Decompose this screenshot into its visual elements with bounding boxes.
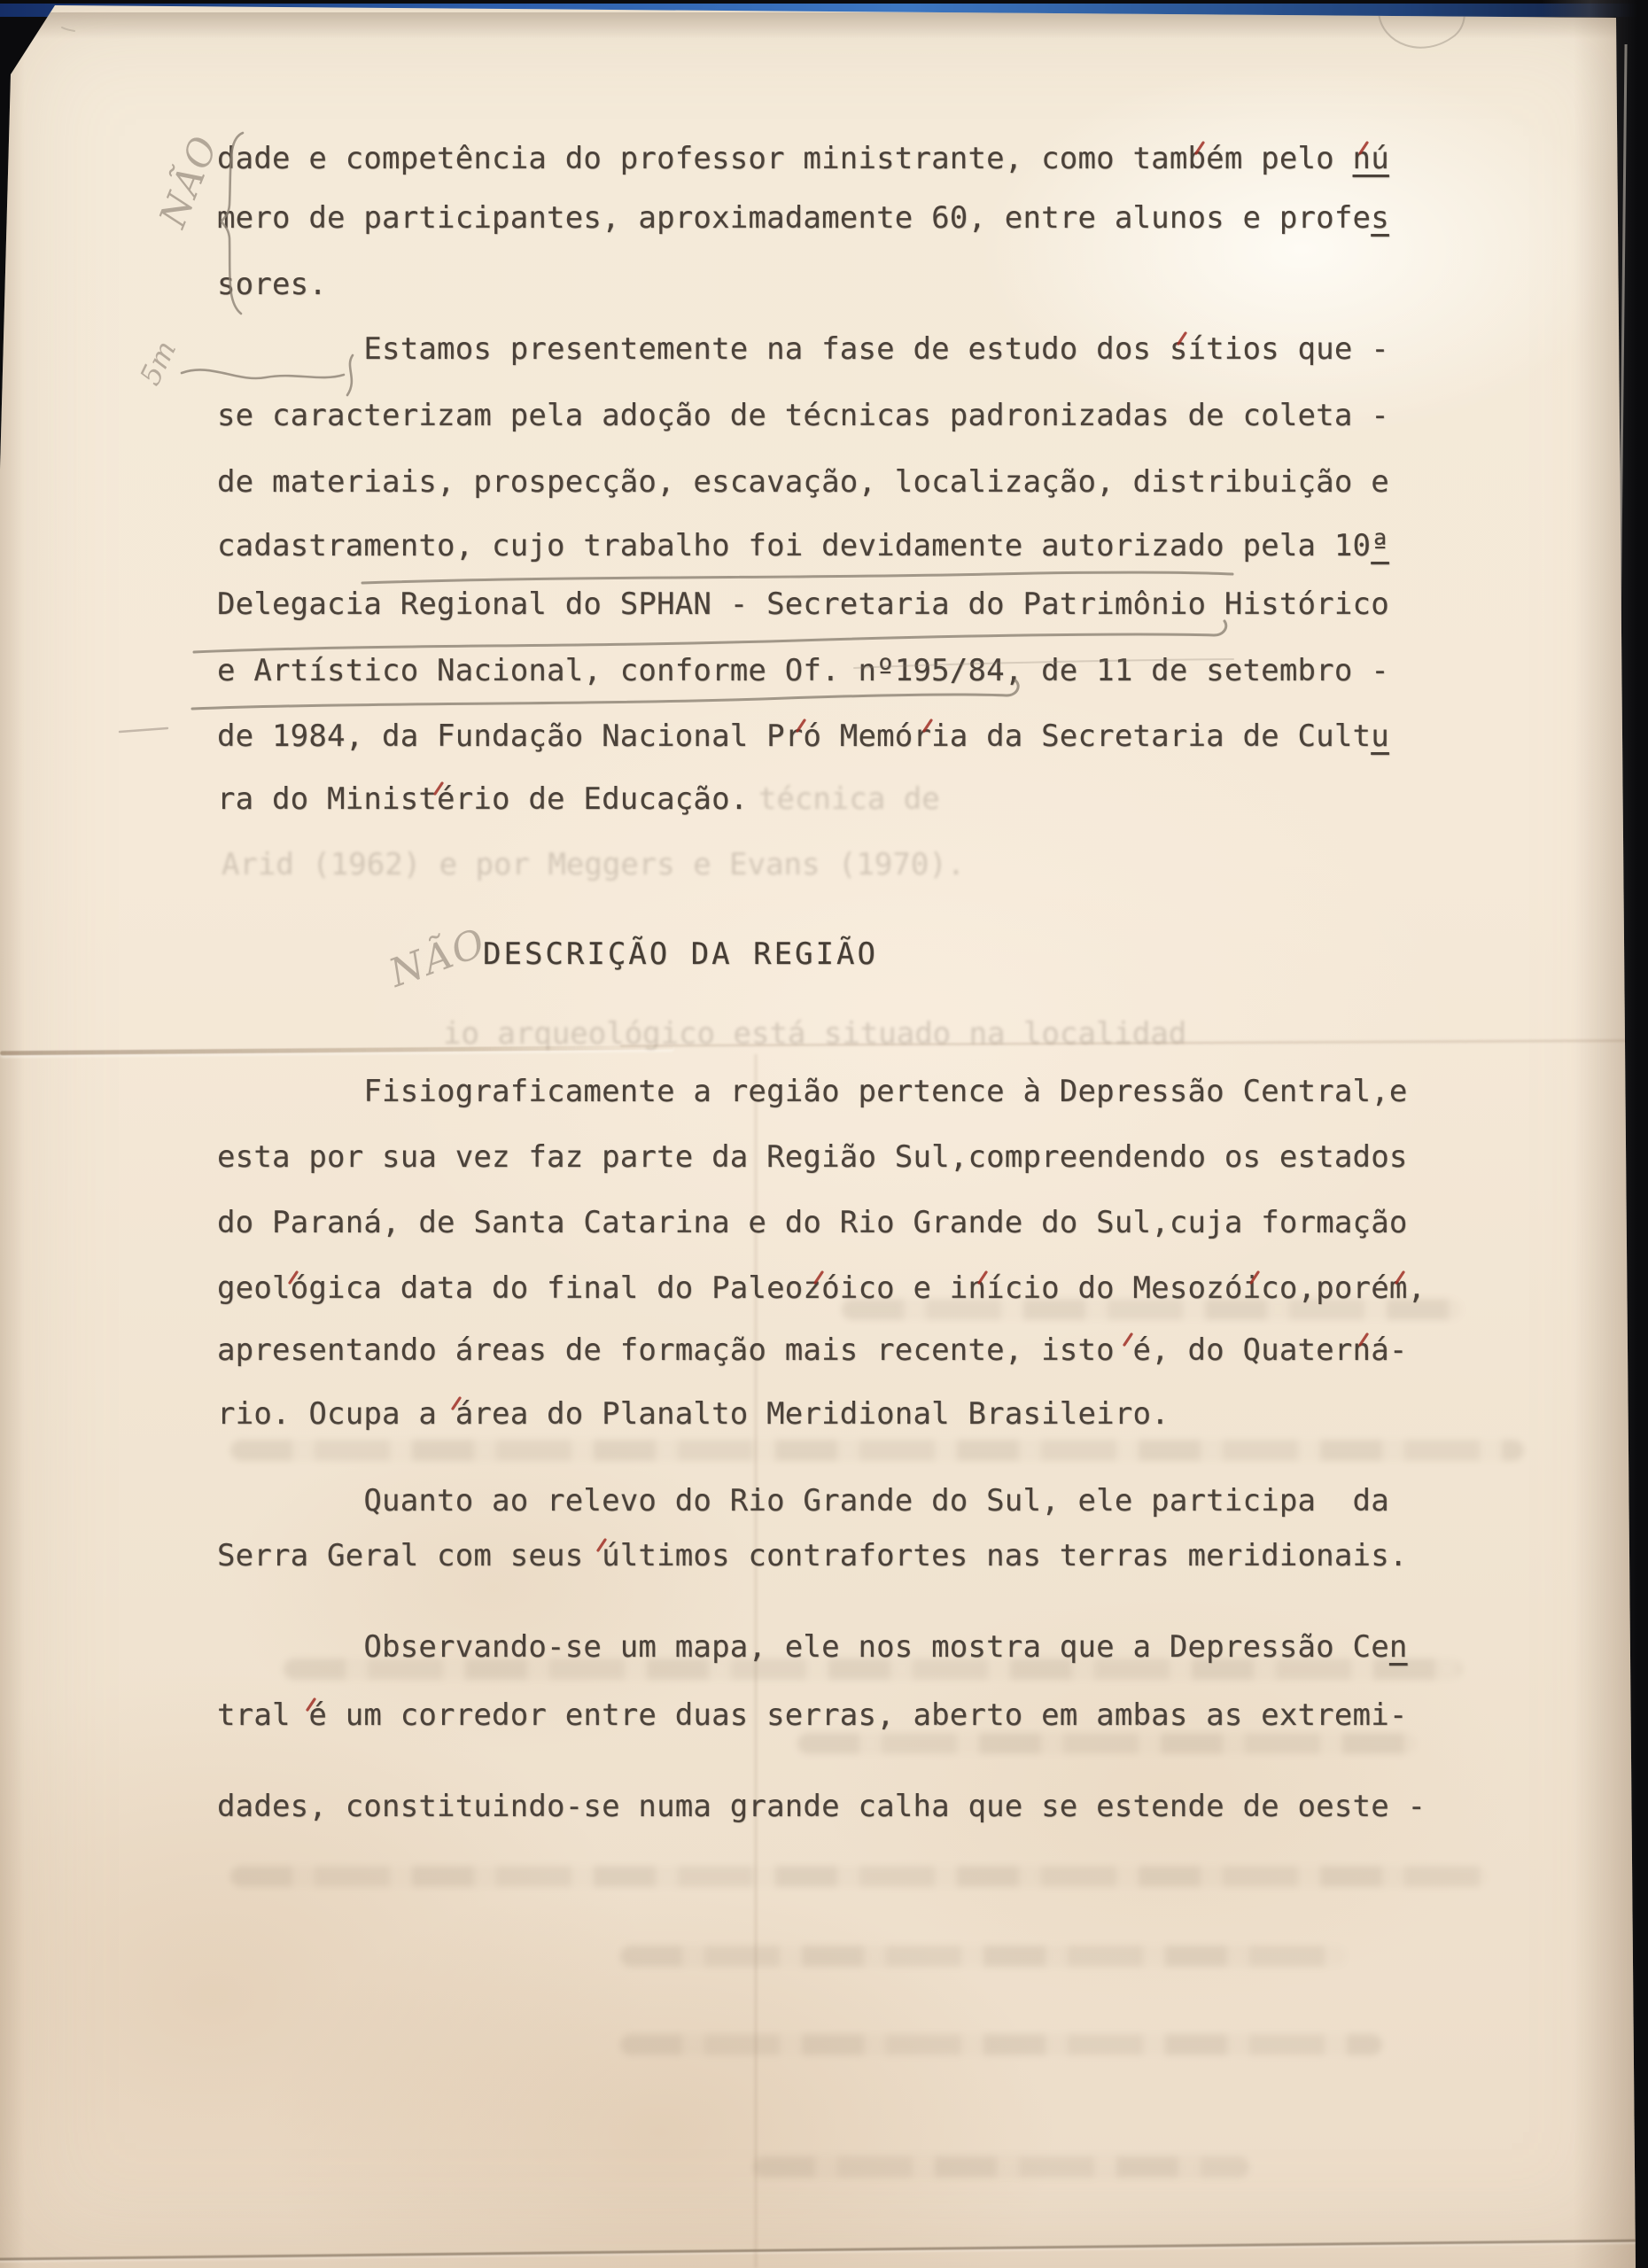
- typed-line: do Paraná, de Santa Catarina e do Rio Gr…: [217, 1206, 1408, 1239]
- typed-line: tral é um corredor entre duas serras, ab…: [217, 1698, 1408, 1732]
- typed-line: dades, constituindo-se numa grande calha…: [217, 1790, 1426, 1823]
- typed-line: geológica data do final do Paleozóico e …: [217, 1271, 1426, 1305]
- typed-line: Quanto ao relevo do Rio Grande do Sul, e…: [217, 1484, 1389, 1518]
- typed-line: Fisiograficamente a região pertence à De…: [217, 1075, 1408, 1108]
- margin-squiggle: [182, 369, 344, 378]
- typed-line: se caracterizam pela adoção de técnicas …: [217, 399, 1389, 432]
- typed-line: apresentando áreas de formação mais rece…: [217, 1333, 1408, 1367]
- typed-line: cadastramento, cujo trabalho foi devidam…: [217, 529, 1389, 563]
- document-page: técnica deArid (1962) e por Meggers e Ev…: [0, 0, 1648, 2268]
- typed-line: ra do Ministério de Educação.: [217, 782, 748, 816]
- bleed-through-smudge: [753, 2156, 1249, 2178]
- pencil-underline-1: [362, 572, 1232, 583]
- typed-line: de materiais, prospecção, escavação, loc…: [217, 465, 1389, 499]
- paper-top-shadow: [0, 12, 1648, 39]
- handwritten-no-note: NÃO: [151, 128, 227, 233]
- typed-line: rio. Ocupa a área do Planalto Meridional…: [217, 1397, 1170, 1431]
- bleed-through-text: técnica de: [758, 782, 940, 816]
- handwritten-no-note-heading: NÃO: [384, 920, 493, 996]
- corner-circle-mark: [1379, 12, 1465, 48]
- typed-line: Estamos presentemente na fase de estudo …: [217, 332, 1389, 366]
- typed-line: e Artístico Nacional, conforme Of. nº195…: [217, 654, 1389, 687]
- typed-line: Observando-se um mapa, ele nos mostra qu…: [217, 1630, 1408, 1664]
- top-left-mark: [62, 27, 74, 31]
- bleed-through-smudge: [230, 1866, 1489, 1887]
- section-heading: DESCRIÇÃO DA REGIÃO: [483, 937, 878, 971]
- bleed-through-text: io arqueológico está situado na localida…: [443, 1017, 1186, 1051]
- typed-line: de 1984, da Fundação Nacional Pró Memóri…: [217, 719, 1389, 753]
- fold-crease-bottom: [0, 2239, 1648, 2260]
- bleed-through-smudge: [620, 1946, 1347, 1967]
- typed-line: Serra Geral com seus últimos contraforte…: [217, 1539, 1408, 1573]
- pencil-underline-2: [194, 621, 1226, 652]
- typed-line: mero de participantes, aproximadamente 6…: [217, 201, 1389, 235]
- margin-dash: [120, 728, 167, 732]
- typed-line: Delegacia Regional do SPHAN - Secretaria…: [217, 587, 1389, 621]
- typed-line: dade e competência do professor ministra…: [217, 142, 1389, 175]
- bleed-through-text: Arid (1962) e por Meggers e Evans (1970)…: [222, 848, 965, 882]
- paper-left-shadow: [0, 0, 25, 2268]
- bleed-through-smudge: [797, 1733, 1418, 1754]
- scanned-document: técnica deArid (1962) e por Meggers e Ev…: [0, 0, 1648, 2268]
- bleed-through-smudge: [620, 2034, 1382, 2055]
- handwritten-measure-note: 5m: [133, 335, 183, 390]
- typed-line: sores.: [217, 268, 327, 301]
- bleed-through-smudge: [230, 1440, 1524, 1461]
- typed-line: esta por sua vez faz parte da Região Sul…: [217, 1140, 1408, 1174]
